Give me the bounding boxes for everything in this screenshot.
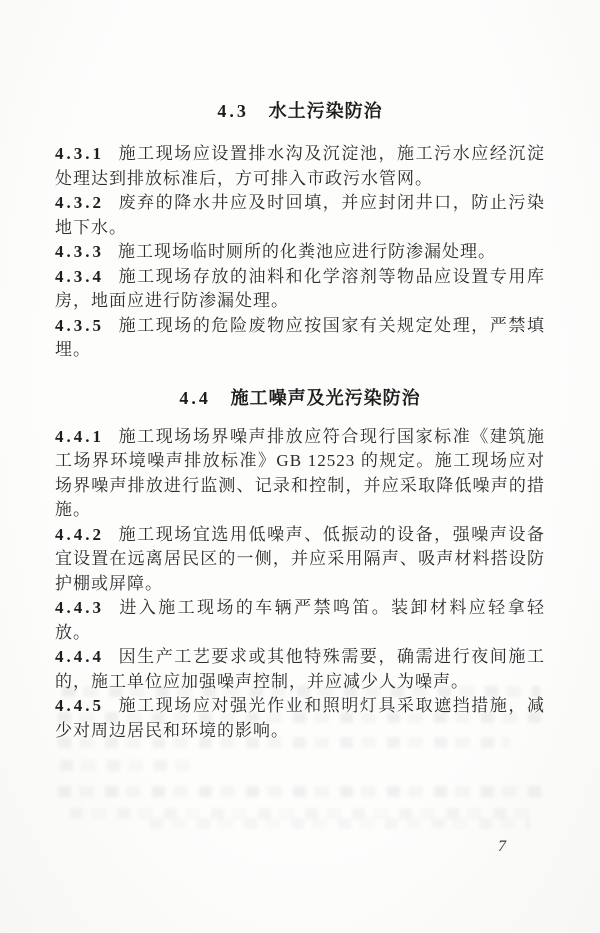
clause-text: 因生产工艺要求或其他特殊需要，确需进行夜间施工的，施工单位应加强噪声控制，并应减… xyxy=(55,647,545,691)
clause-text: 施工现场的危险废物应按国家有关规定处理，严禁填埋。 xyxy=(55,316,545,360)
clause-text: 施工现场场界噪声排放应符合现行国家标准《建筑施工场界环境噪声排放标准》GB 12… xyxy=(55,427,545,520)
section-number: 4.3 xyxy=(217,101,249,121)
clause-number: 4.4.4 xyxy=(55,647,104,666)
clause-4-3-1: 4.3.1施工现场应设置排水沟及沉淀池，施工污水应经沉淀处理达到排放标准后，方可… xyxy=(55,142,545,191)
clause-4-4-1: 4.4.1施工现场场界噪声排放应符合现行国家标准《建筑施工场界环境噪声排放标准》… xyxy=(55,425,545,523)
clause-4-3-2: 4.3.2废弃的降水井应及时回填，并应封闭井口，防止污染地下水。 xyxy=(55,191,545,240)
section-title: 施工噪声及光污染防治 xyxy=(231,388,421,408)
clause-4-4-3: 4.4.3进入施工现场的车辆严禁鸣笛。装卸材料应轻拿轻放。 xyxy=(55,596,545,645)
clause-4-4-2: 4.4.2施工现场宜选用低噪声、低振动的设备，强噪声设备宜设置在远离居民区的一侧… xyxy=(55,523,545,597)
section-title: 水土污染防治 xyxy=(269,101,383,121)
clause-4-3-5: 4.3.5施工现场的危险废物应按国家有关规定处理，严禁填埋。 xyxy=(55,314,545,363)
clause-number: 4.3.3 xyxy=(55,242,104,261)
page-number: 7 xyxy=(498,838,506,856)
clause-number: 4.4.3 xyxy=(55,598,104,617)
clause-text: 废弃的降水井应及时回填，并应封闭井口，防止污染地下水。 xyxy=(55,193,545,237)
clause-number: 4.4.1 xyxy=(55,427,104,446)
clause-number: 4.3.2 xyxy=(55,193,104,212)
clause-number: 4.3.5 xyxy=(55,316,104,335)
clause-text: 施工现场临时厕所的化粪池应进行防渗漏处理。 xyxy=(118,242,496,261)
bleed-through-text xyxy=(58,786,544,797)
section-number: 4.4 xyxy=(179,388,211,408)
clause-text: 施工现场宜选用低噪声、低振动的设备，强噪声设备宜设置在远离居民区的一侧，并应采用… xyxy=(55,525,545,593)
clause-text: 施工现场应设置排水沟及沉淀池，施工污水应经沉淀处理达到排放标准后，方可排入市政污… xyxy=(55,144,545,188)
clause-text: 施工现场存放的油料和化学溶剂等物品应设置专用库房，地面应进行防渗漏处理。 xyxy=(55,267,545,311)
section-heading-4-3: 4.3水土污染防治 xyxy=(55,98,545,124)
bleed-through-text xyxy=(60,760,190,771)
clause-number: 4.4.2 xyxy=(55,525,104,544)
bleed-through-text xyxy=(58,737,510,748)
bleed-through-text xyxy=(150,818,530,829)
clause-text: 进入施工现场的车辆严禁鸣笛。装卸材料应轻拿轻放。 xyxy=(55,598,545,642)
bleed-through-text xyxy=(62,686,540,697)
bleed-through-text xyxy=(58,712,542,723)
clause-number: 4.3.4 xyxy=(55,267,104,286)
section-heading-4-4: 4.4施工噪声及光污染防治 xyxy=(55,385,545,411)
clause-number: 4.3.1 xyxy=(55,144,104,163)
clause-4-3-3: 4.3.3施工现场临时厕所的化粪池应进行防渗漏处理。 xyxy=(55,240,545,265)
clause-4-3-4: 4.3.4施工现场存放的油料和化学溶剂等物品应设置专用库房，地面应进行防渗漏处理… xyxy=(55,265,545,314)
